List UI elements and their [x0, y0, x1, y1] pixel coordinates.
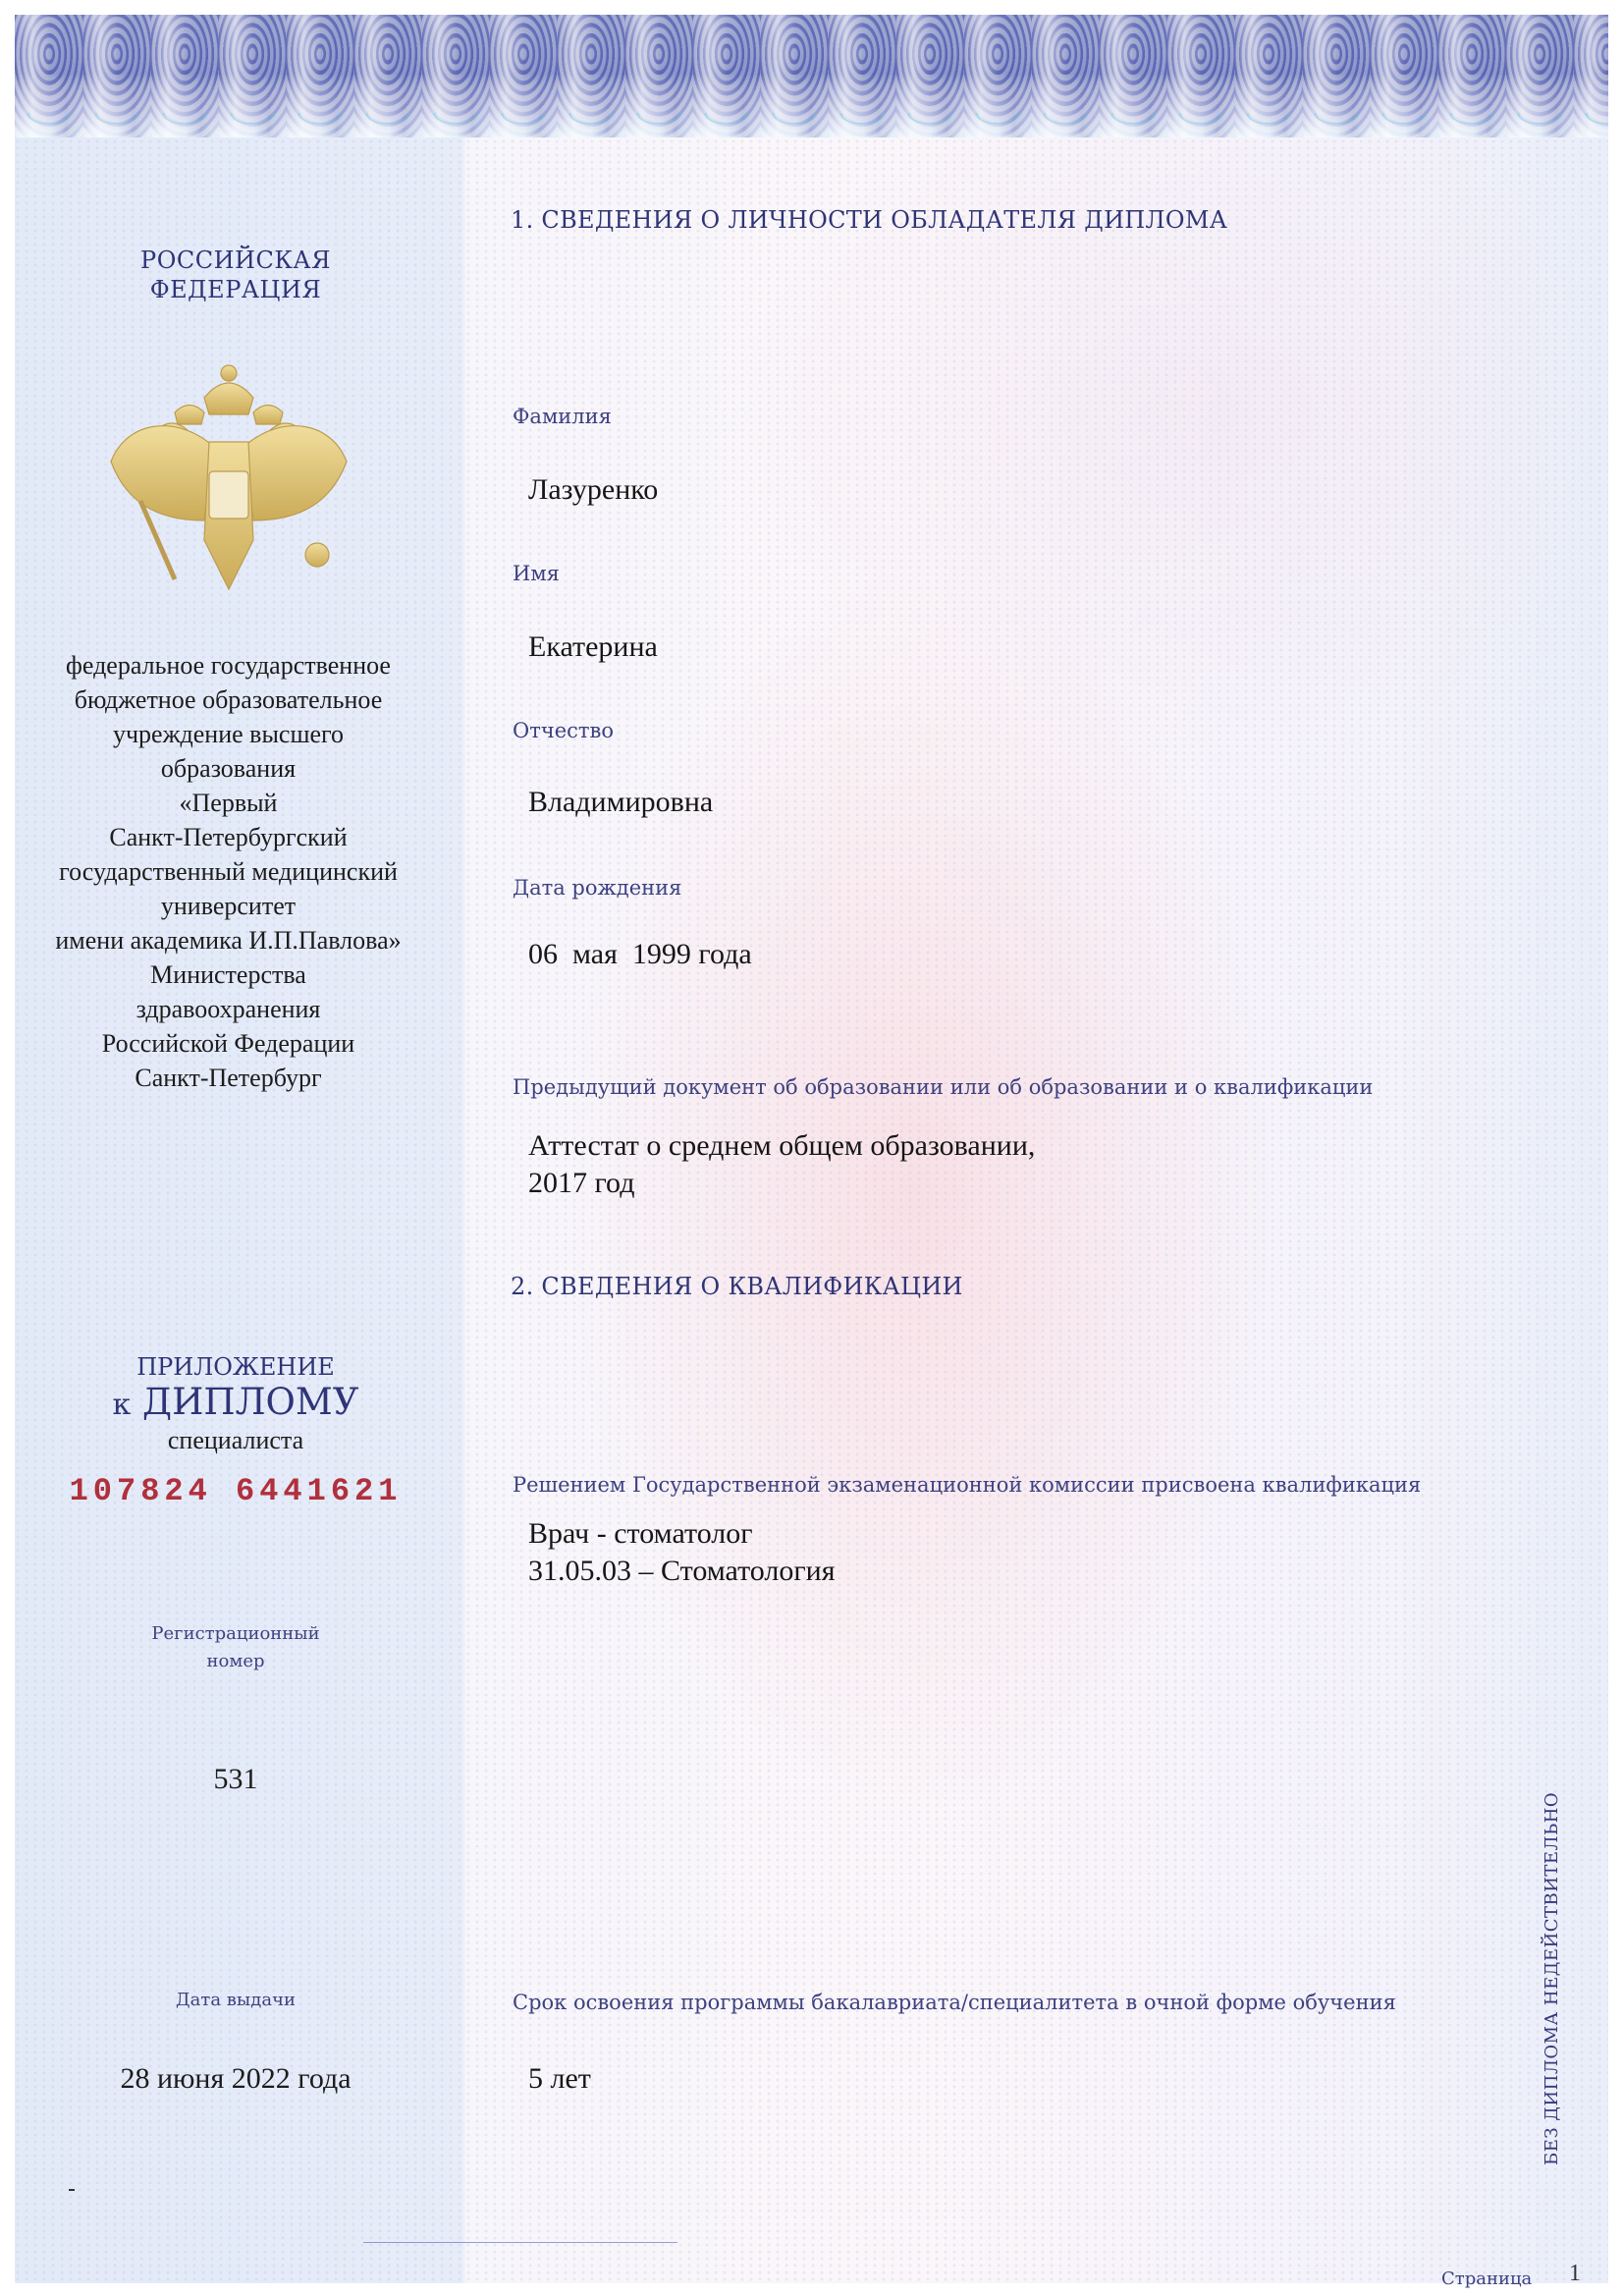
validity-note: БЕЗ ДИПЛОМА НЕДЕЙСТВИТЕЛЬНО: [1542, 1768, 1581, 2190]
name-value: Екатерина: [528, 630, 658, 664]
institution-line: Санкт-Петербургский: [20, 820, 437, 854]
page-label: Страница: [1441, 2269, 1532, 2289]
appendix-diploma-heading: к ДИПЛОМУ: [39, 1381, 432, 1427]
registration-number: 531: [79, 1763, 393, 1796]
registration-label-line-1: Регистрационный: [79, 1620, 393, 1648]
birth-date-label: Дата рождения: [513, 876, 681, 900]
country-line-1: РОССИЙСКАЯ: [39, 246, 432, 275]
institution-line: Санкт-Петербург: [20, 1061, 437, 1095]
guilloche-banner: [15, 15, 1608, 137]
institution-line: государственный медицинский: [20, 854, 437, 889]
bottom-rule: [363, 2242, 677, 2243]
previous-document-line-1: Аттестат о среднем общем образовании,: [528, 1129, 1035, 1163]
qualification-line-2: 31.05.03 – Стоматология: [528, 1555, 836, 1588]
appendix-title: ПРИЛОЖЕНИЕ: [39, 1353, 432, 1381]
section-1-title: 1. СВЕДЕНИЯ О ЛИЧНОСТИ ОБЛАДАТЕЛЯ ДИПЛОМ…: [511, 206, 1227, 234]
section-2-title: 2. СВЕДЕНИЯ О КВАЛИФИКАЦИИ: [511, 1273, 963, 1300]
institution-line: имени академика И.П.Павлова»: [20, 923, 437, 957]
issue-date-label: Дата выдачи: [79, 1990, 393, 2010]
previous-document-line-2: 2017 год: [528, 1167, 634, 1200]
serial-number: 107824 6441621: [39, 1473, 432, 1509]
institution-line: «Первый: [20, 786, 437, 820]
institution-line: бюджетное образовательное: [20, 683, 437, 717]
surname-label: Фамилия: [513, 405, 612, 428]
institution-line: образования: [20, 751, 437, 786]
previous-document-label: Предыдущий документ об образовании или о…: [513, 1075, 1373, 1099]
study-duration-value: 5 лет: [528, 2062, 591, 2096]
study-duration-label: Срок освоения программы бакалавриата/спе…: [513, 1991, 1396, 2014]
stray-mark: [69, 2189, 75, 2191]
institution-line: учреждение высшего: [20, 717, 437, 751]
patronymic-label: Отчество: [513, 719, 614, 742]
appendix-subtitle: специалиста: [39, 1426, 432, 1455]
country-line-2: ФЕДЕРАЦИЯ: [39, 275, 432, 304]
appendix-main: ДИПЛОМУ: [142, 1381, 358, 1423]
patronymic-value: Владимировна: [528, 786, 713, 819]
qualification-label: Решением Государственной экзаменационной…: [513, 1473, 1421, 1497]
page-number: 1: [1569, 2261, 1581, 2287]
issue-date: 28 июня 2022 года: [59, 2062, 412, 2096]
institution-name: федеральное государственное бюджетное об…: [20, 648, 437, 1095]
country-heading: РОССИЙСКАЯ ФЕДЕРАЦИЯ: [39, 246, 432, 304]
birth-date-value: 06 мая 1999 года: [528, 938, 752, 971]
qualification-line-1: Врач - стоматолог: [528, 1517, 753, 1551]
institution-line: университет: [20, 889, 437, 923]
institution-line: Российской Федерации: [20, 1026, 437, 1061]
institution-line: здравоохранения: [20, 992, 437, 1026]
registration-label-line-2: номер: [79, 1648, 393, 1675]
institution-line: федеральное государственное: [20, 648, 437, 683]
registration-label: Регистрационный номер: [79, 1620, 393, 1675]
surname-value: Лазуренко: [528, 473, 658, 507]
appendix-k: к: [113, 1388, 132, 1422]
institution-line: Министерства: [20, 957, 437, 992]
coat-of-arms-icon: [106, 354, 352, 599]
name-label: Имя: [513, 562, 560, 585]
